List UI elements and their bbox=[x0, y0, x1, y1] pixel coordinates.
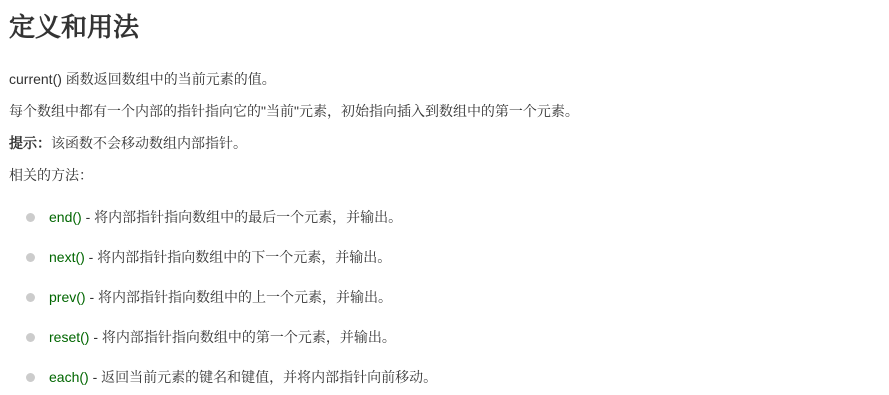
method-description: - 将内部指针指向数组中的第一个元素，并输出。 bbox=[89, 329, 395, 345]
bullet-icon bbox=[26, 333, 35, 342]
method-description: - 将内部指针指向数组中的最后一个元素，并输出。 bbox=[82, 209, 402, 225]
link-end[interactable]: end() bbox=[49, 209, 82, 225]
method-description: - 将内部指针指向数组中的下一个元素，并输出。 bbox=[85, 249, 391, 265]
related-methods-list: end() - 将内部指针指向数组中的最后一个元素，并输出。 next() - … bbox=[9, 207, 889, 387]
method-description: - 返回当前元素的键名和键值，并将内部指针向前移动。 bbox=[89, 369, 437, 385]
link-reset[interactable]: reset() bbox=[49, 329, 89, 345]
description-paragraph: current() 函数返回数组中的当前元素的值。 bbox=[9, 69, 889, 89]
tip-label: 提示： bbox=[9, 135, 51, 151]
method-description: - 将内部指针指向数组中的上一个元素，并输出。 bbox=[86, 289, 392, 305]
link-each[interactable]: each() bbox=[49, 369, 89, 385]
tip-text: 该函数不会移动数组内部指针。 bbox=[51, 135, 247, 151]
related-methods-heading: 相关的方法： bbox=[9, 165, 889, 185]
section-title: 定义和用法 bbox=[9, 0, 889, 53]
list-item-next: next() - 将内部指针指向数组中的下一个元素，并输出。 bbox=[9, 247, 889, 267]
bullet-icon bbox=[26, 253, 35, 262]
list-item-each: each() - 返回当前元素的键名和键值，并将内部指针向前移动。 bbox=[9, 367, 889, 387]
tip-paragraph: 提示：该函数不会移动数组内部指针。 bbox=[9, 133, 889, 153]
bullet-icon bbox=[26, 213, 35, 222]
bullet-icon bbox=[26, 293, 35, 302]
link-next[interactable]: next() bbox=[49, 249, 85, 265]
list-item-end: end() - 将内部指针指向数组中的最后一个元素，并输出。 bbox=[9, 207, 889, 227]
list-item-reset: reset() - 将内部指针指向数组中的第一个元素，并输出。 bbox=[9, 327, 889, 347]
bullet-icon bbox=[26, 373, 35, 382]
link-prev[interactable]: prev() bbox=[49, 289, 86, 305]
list-item-prev: prev() - 将内部指针指向数组中的上一个元素，并输出。 bbox=[9, 287, 889, 307]
article-content: 定义和用法 current() 函数返回数组中的当前元素的值。 每个数组中都有一… bbox=[0, 0, 889, 387]
pointer-explanation-paragraph: 每个数组中都有一个内部的指针指向它的"当前"元素，初始指向插入到数组中的第一个元… bbox=[9, 101, 889, 121]
